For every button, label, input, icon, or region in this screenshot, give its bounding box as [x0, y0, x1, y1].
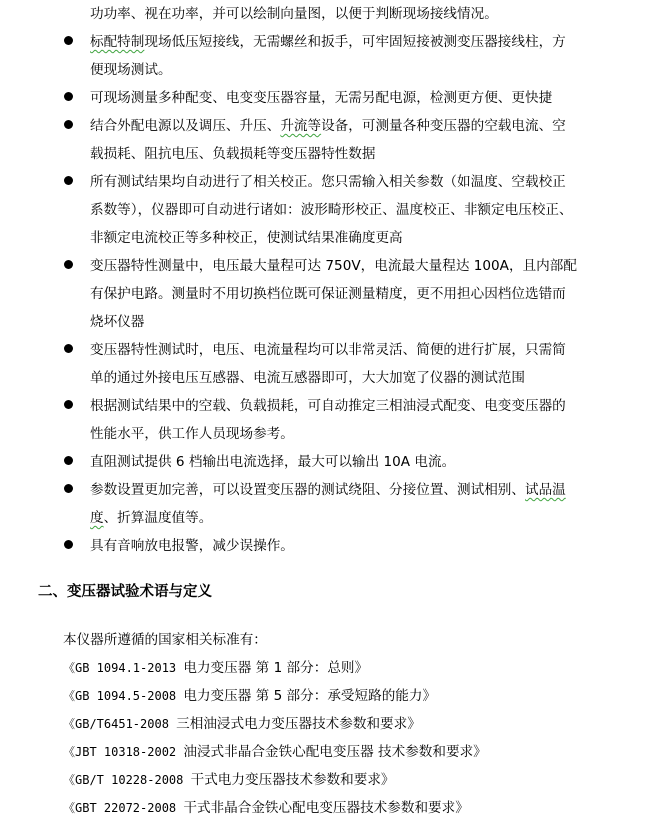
standard-item: 《GB 1094.1-2013 电力变压器 第 1 部分：总则》 — [63, 659, 368, 677]
spellcheck-underlined-text: 升流等 — [280, 118, 321, 134]
bullet-icon — [64, 540, 73, 549]
bullet-icon — [64, 120, 73, 129]
feature-line: 度、折算温度值等。 — [90, 509, 212, 527]
bullet-icon — [64, 484, 73, 493]
feature-line: 可现场测量多种配变、电变变压器容量，无需另配电源，检测更方便、更快捷 — [90, 89, 552, 107]
feature-line: 单的通过外接电压互感器、电流互感器即可，大大加宽了仪器的测试范围 — [90, 369, 525, 387]
standard-item: 《GB/T 10228-2008 干式电力变压器技术参数和要求》 — [63, 771, 395, 789]
feature-line: 结合外配电源以及调压、升压、升流等设备，可测量各种变压器的空载电流、空 — [90, 117, 566, 135]
standard-item: 《GBT 22072-2008 干式非晶合金铁心配电变压器技术参数和要求》 — [63, 799, 469, 817]
standard-code: 《JBT 10318-2002 — [63, 745, 183, 759]
text: 现场低压短接线，无需螺丝和扳手，可牢固短接被测变压器接线柱，方 — [144, 34, 565, 50]
feature-line: 参数设置更加完善，可以设置变压器的测试绕阻、分接位置、测试相别、试品温 — [90, 481, 566, 499]
text: 、折算温度值等。 — [104, 510, 213, 526]
feature-line: 烧坏仪器 — [90, 313, 144, 331]
bullet-icon — [64, 36, 73, 45]
standard-code: 《GB 1094.1-2013 — [63, 661, 183, 675]
bullet-icon — [64, 260, 73, 269]
spellcheck-underlined-text: 度 — [90, 510, 104, 526]
bullet-icon — [64, 400, 73, 409]
text: 设备，可测量各种变压器的空载电流、空 — [321, 118, 566, 134]
feature-line: 载损耗、阻抗电压、负载损耗等变压器特性数据 — [90, 145, 375, 163]
bullet-icon — [64, 176, 73, 185]
standard-title: 电力变压器 第 1 部分：总则》 — [183, 660, 368, 676]
standard-title: 电力变压器 第 5 部分：承受短路的能力》 — [183, 688, 436, 704]
spellcheck-underlined-text: 标配特制 — [90, 34, 144, 50]
feature-line: 系数等），仪器即可自动进行诸如：波形畸形校正、温度校正、非额定电压校正、 — [90, 201, 573, 219]
feature-line: 根据测试结果中的空载、负载损耗，可自动推定三相油浸式配变、电变变压器的 — [90, 397, 566, 415]
continuation-line: 功功率、视在功率，并可以绘制向量图，以便于判断现场接线情况。 — [90, 5, 498, 23]
standard-code: 《GBT 22072-2008 — [63, 801, 183, 815]
standard-code: 《GB 1094.5-2008 — [63, 689, 183, 703]
standard-title: 油浸式非晶合金铁心配电变压器 技术参数和要求》 — [183, 744, 486, 760]
standard-title: 三相油浸式电力变压器技术参数和要求》 — [176, 716, 421, 732]
standard-code: 《GB/T 10228-2008 — [63, 773, 191, 787]
feature-line: 便现场测试。 — [90, 61, 172, 79]
standard-item: 《GB/T6451-2008 三相油浸式电力变压器技术参数和要求》 — [63, 715, 421, 733]
feature-line: 具有音响放电报警，减少误操作。 — [90, 537, 294, 555]
bullet-icon — [64, 92, 73, 101]
feature-line: 性能水平，供工作人员现场参考。 — [90, 425, 294, 443]
standard-item: 《JBT 10318-2002 油浸式非晶合金铁心配电变压器 技术参数和要求》 — [63, 743, 487, 761]
bullet-icon — [64, 344, 73, 353]
section-heading: 二、变压器试验术语与定义 — [38, 582, 212, 602]
feature-line: 所有测试结果均自动进行了相关校正。您只需输入相关参数（如温度、空载校正 — [90, 173, 566, 191]
feature-line: 直阻测试提供 6 档输出电流选择，最大可以输出 10A 电流。 — [90, 453, 455, 471]
feature-line: 标配特制现场低压短接线，无需螺丝和扳手，可牢固短接被测变压器接线柱，方 — [90, 33, 566, 51]
spellcheck-underlined-text: 试品温 — [525, 482, 566, 498]
standards-intro: 本仪器所遵循的国家相关标准有： — [63, 631, 267, 649]
feature-line: 有保护电路。测量时不用切换档位既可保证测量精度，更不用担心因档位选错而 — [90, 285, 566, 303]
standard-title: 干式电力变压器技术参数和要求》 — [191, 772, 395, 788]
standard-item: 《GB 1094.5-2008 电力变压器 第 5 部分：承受短路的能力》 — [63, 687, 436, 705]
bullet-icon — [64, 456, 73, 465]
feature-line: 变压器特性测量中，电压最大量程可达 750V，电流最大量程达 100A，且内部配 — [90, 257, 577, 275]
feature-line: 变压器特性测试时，电压、电流量程均可以非常灵活、简便的进行扩展，只需简 — [90, 341, 566, 359]
feature-line: 非额定电流校正等多种校正，使测试结果准确度更高 — [90, 229, 403, 247]
text: 参数设置更加完善，可以设置变压器的测试绕阻、分接位置、测试相别、 — [90, 482, 525, 498]
document-page: 功功率、视在功率，并可以绘制向量图，以便于判断现场接线情况。 标配特制现场低压短… — [0, 0, 647, 827]
text: 结合外配电源以及调压、升压、 — [90, 118, 280, 134]
standard-title: 干式非晶合金铁心配电变压器技术参数和要求》 — [183, 800, 468, 816]
standard-code: 《GB/T6451-2008 — [63, 717, 176, 731]
